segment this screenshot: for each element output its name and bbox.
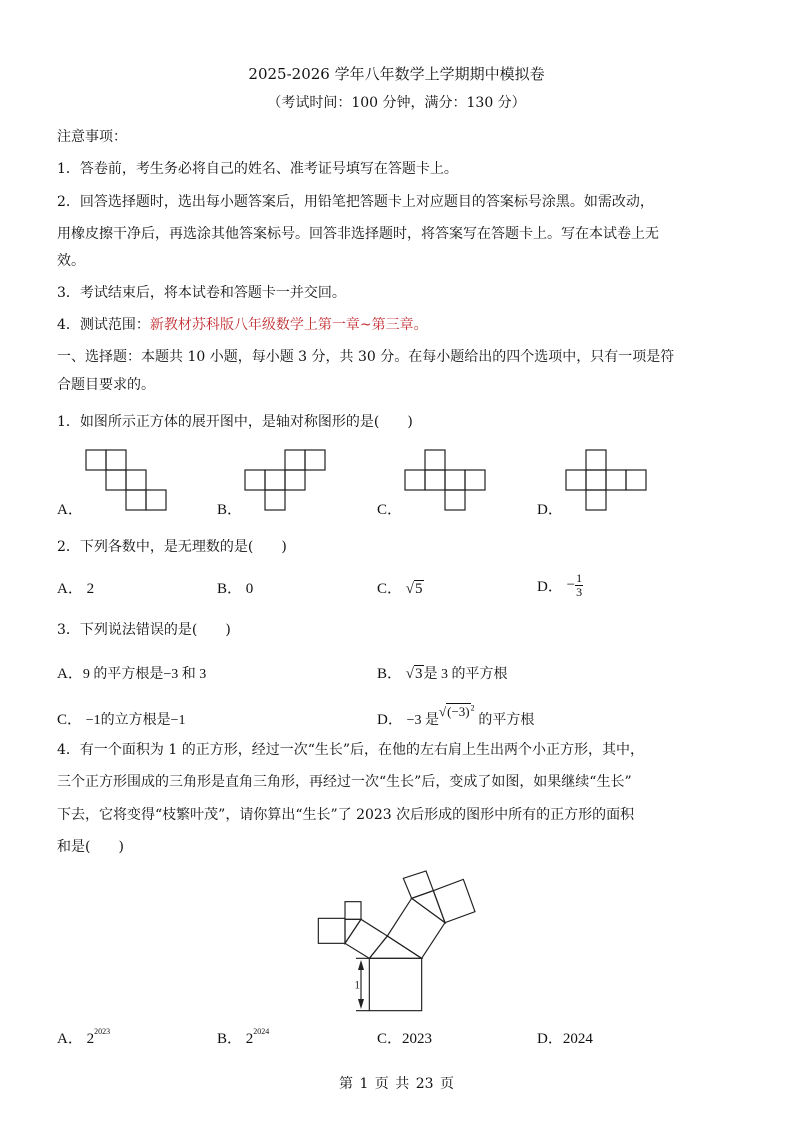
q1-option-d-label: D． bbox=[537, 498, 563, 519]
option-label: B． bbox=[217, 581, 242, 597]
option-prefix: −3 是 bbox=[407, 713, 439, 728]
note-2-cont: 用橡皮擦干净后，再选涂其他答案标号。回答非选择题时，将答案写在答题卡上。写在本试… bbox=[57, 225, 659, 243]
option-label: A． bbox=[57, 666, 83, 682]
q4-option-b: B． 22024 bbox=[217, 1027, 269, 1048]
option-label: A． bbox=[57, 1031, 83, 1047]
section-1-instructions: 一、选择题：本题共 10 小题，每小题 3 分，共 30 分。在每小题给出的四个… bbox=[57, 348, 674, 366]
option-label: B． bbox=[377, 666, 402, 682]
page-number: 第 1 页 共 23 页 bbox=[0, 1075, 793, 1093]
sqrt-expression: √3 bbox=[406, 665, 424, 682]
q3-option-b: B． √3是 3 的平方根 bbox=[377, 662, 508, 683]
note-1: 1．答卷前，考生务必将自己的姓名、准考证号填写在答题卡上。 bbox=[57, 160, 458, 178]
option-label: D． bbox=[537, 1031, 563, 1047]
cube-net-d-figure bbox=[565, 449, 649, 513]
q2-option-c: C． √5 bbox=[377, 577, 424, 598]
option-text: 是 3 的平方根 bbox=[424, 667, 508, 682]
question-4-stem-line-3: 下去，它将变得“枝繁叶茂”，请你算出“生长”了 2023 次后形成的图形中所有的… bbox=[57, 806, 634, 824]
cube-net-a-figure bbox=[85, 449, 169, 513]
section-1-instructions-cont: 合题目要求的。 bbox=[57, 376, 155, 394]
cube-net-b-figure bbox=[244, 449, 328, 513]
minus-sign: − bbox=[567, 577, 575, 593]
option-label: A． bbox=[57, 581, 83, 597]
q2-option-d: D． −13 bbox=[537, 572, 583, 599]
q4-option-c: C．2023 bbox=[377, 1027, 432, 1048]
question-4-stem-line-2: 三个正方形围成的三角形是直角三角形，再经过一次“生长”后，变成了如图，如果继续“… bbox=[57, 773, 632, 791]
notes-heading: 注意事项： bbox=[57, 128, 127, 146]
sqrt-expression: √(−3)2 bbox=[439, 704, 475, 719]
q2-option-a: A． 2 bbox=[57, 577, 94, 598]
side-length-label: 1 bbox=[354, 979, 360, 991]
scope-label: 4．测试范围： bbox=[57, 317, 150, 333]
q4-option-d: D．2024 bbox=[537, 1027, 593, 1048]
pythagoras-tree-figure: 1 bbox=[300, 860, 500, 1020]
exam-subtitle: （考试时间：100 分钟，满分：130 分） bbox=[0, 94, 793, 112]
q1-option-a-label: A． bbox=[57, 498, 83, 519]
q3-option-c: C． −1的立方根是−1 bbox=[57, 708, 186, 729]
q1-option-c-label: C． bbox=[377, 498, 402, 519]
q3-option-a: A．9 的平方根是−3 和 3 bbox=[57, 662, 206, 683]
question-2-stem: 2．下列各数中，是无理数的是( ) bbox=[57, 538, 287, 556]
option-value: 2 bbox=[87, 581, 95, 597]
exponent: 2024 bbox=[253, 1027, 269, 1036]
question-1-stem: 1．如图所示正方体的展开图中，是轴对称图形的是( ) bbox=[57, 413, 413, 431]
option-label: D． bbox=[377, 712, 403, 728]
q3-option-d: D． −3 是√(−3)2 的平方根 bbox=[377, 708, 534, 729]
note-4: 4．测试范围：新教材苏科版八年级数学上第一章~第三章。 bbox=[57, 316, 428, 334]
option-text: −1的立方根是−1 bbox=[86, 713, 186, 728]
question-4-stem-line-1: 4．有一个面积为 1 的正方形，经过一次“生长”后，在他的左右肩上生出两个小正方… bbox=[57, 741, 644, 759]
option-value: 0 bbox=[246, 581, 254, 597]
option-base: 2 bbox=[87, 1031, 95, 1047]
note-2-cont2: 效。 bbox=[57, 252, 85, 270]
option-label: C． bbox=[377, 581, 402, 597]
option-text: 9 的平方根是−3 和 3 bbox=[83, 667, 206, 682]
exponent: 2 bbox=[471, 704, 475, 713]
question-4-stem-line-4: 和是( ) bbox=[57, 838, 124, 856]
sqrt-expression: √5 bbox=[406, 580, 424, 597]
q1-option-b-label: B． bbox=[217, 498, 242, 519]
option-label: D． bbox=[537, 579, 563, 595]
question-3-stem: 3．下列说法错误的是( ) bbox=[57, 621, 231, 639]
exponent: 2023 bbox=[94, 1027, 110, 1036]
option-value: 2023 bbox=[402, 1031, 432, 1047]
option-label: C． bbox=[377, 1031, 402, 1047]
fraction: 13 bbox=[575, 572, 583, 599]
option-value: 2024 bbox=[563, 1031, 593, 1047]
exam-title: 2025-2026 学年八年数学上学期期中模拟卷 bbox=[0, 63, 793, 84]
cube-net-c-figure bbox=[404, 449, 488, 513]
option-label: B． bbox=[217, 1031, 242, 1047]
note-3: 3．考试结束后，将本试卷和答题卡一并交回。 bbox=[57, 284, 346, 302]
option-text: 的平方根 bbox=[478, 713, 534, 728]
q4-option-a: A． 22023 bbox=[57, 1027, 110, 1048]
scope-value: 新教材苏科版八年级数学上第一章~第三章。 bbox=[150, 317, 428, 333]
option-label: C． bbox=[57, 712, 82, 728]
note-2: 2．回答选择题时，选出每小题答案后，用铅笔把答题卡上对应题目的答案标号涂黑。如需… bbox=[57, 193, 654, 211]
q2-option-b: B． 0 bbox=[217, 577, 253, 598]
